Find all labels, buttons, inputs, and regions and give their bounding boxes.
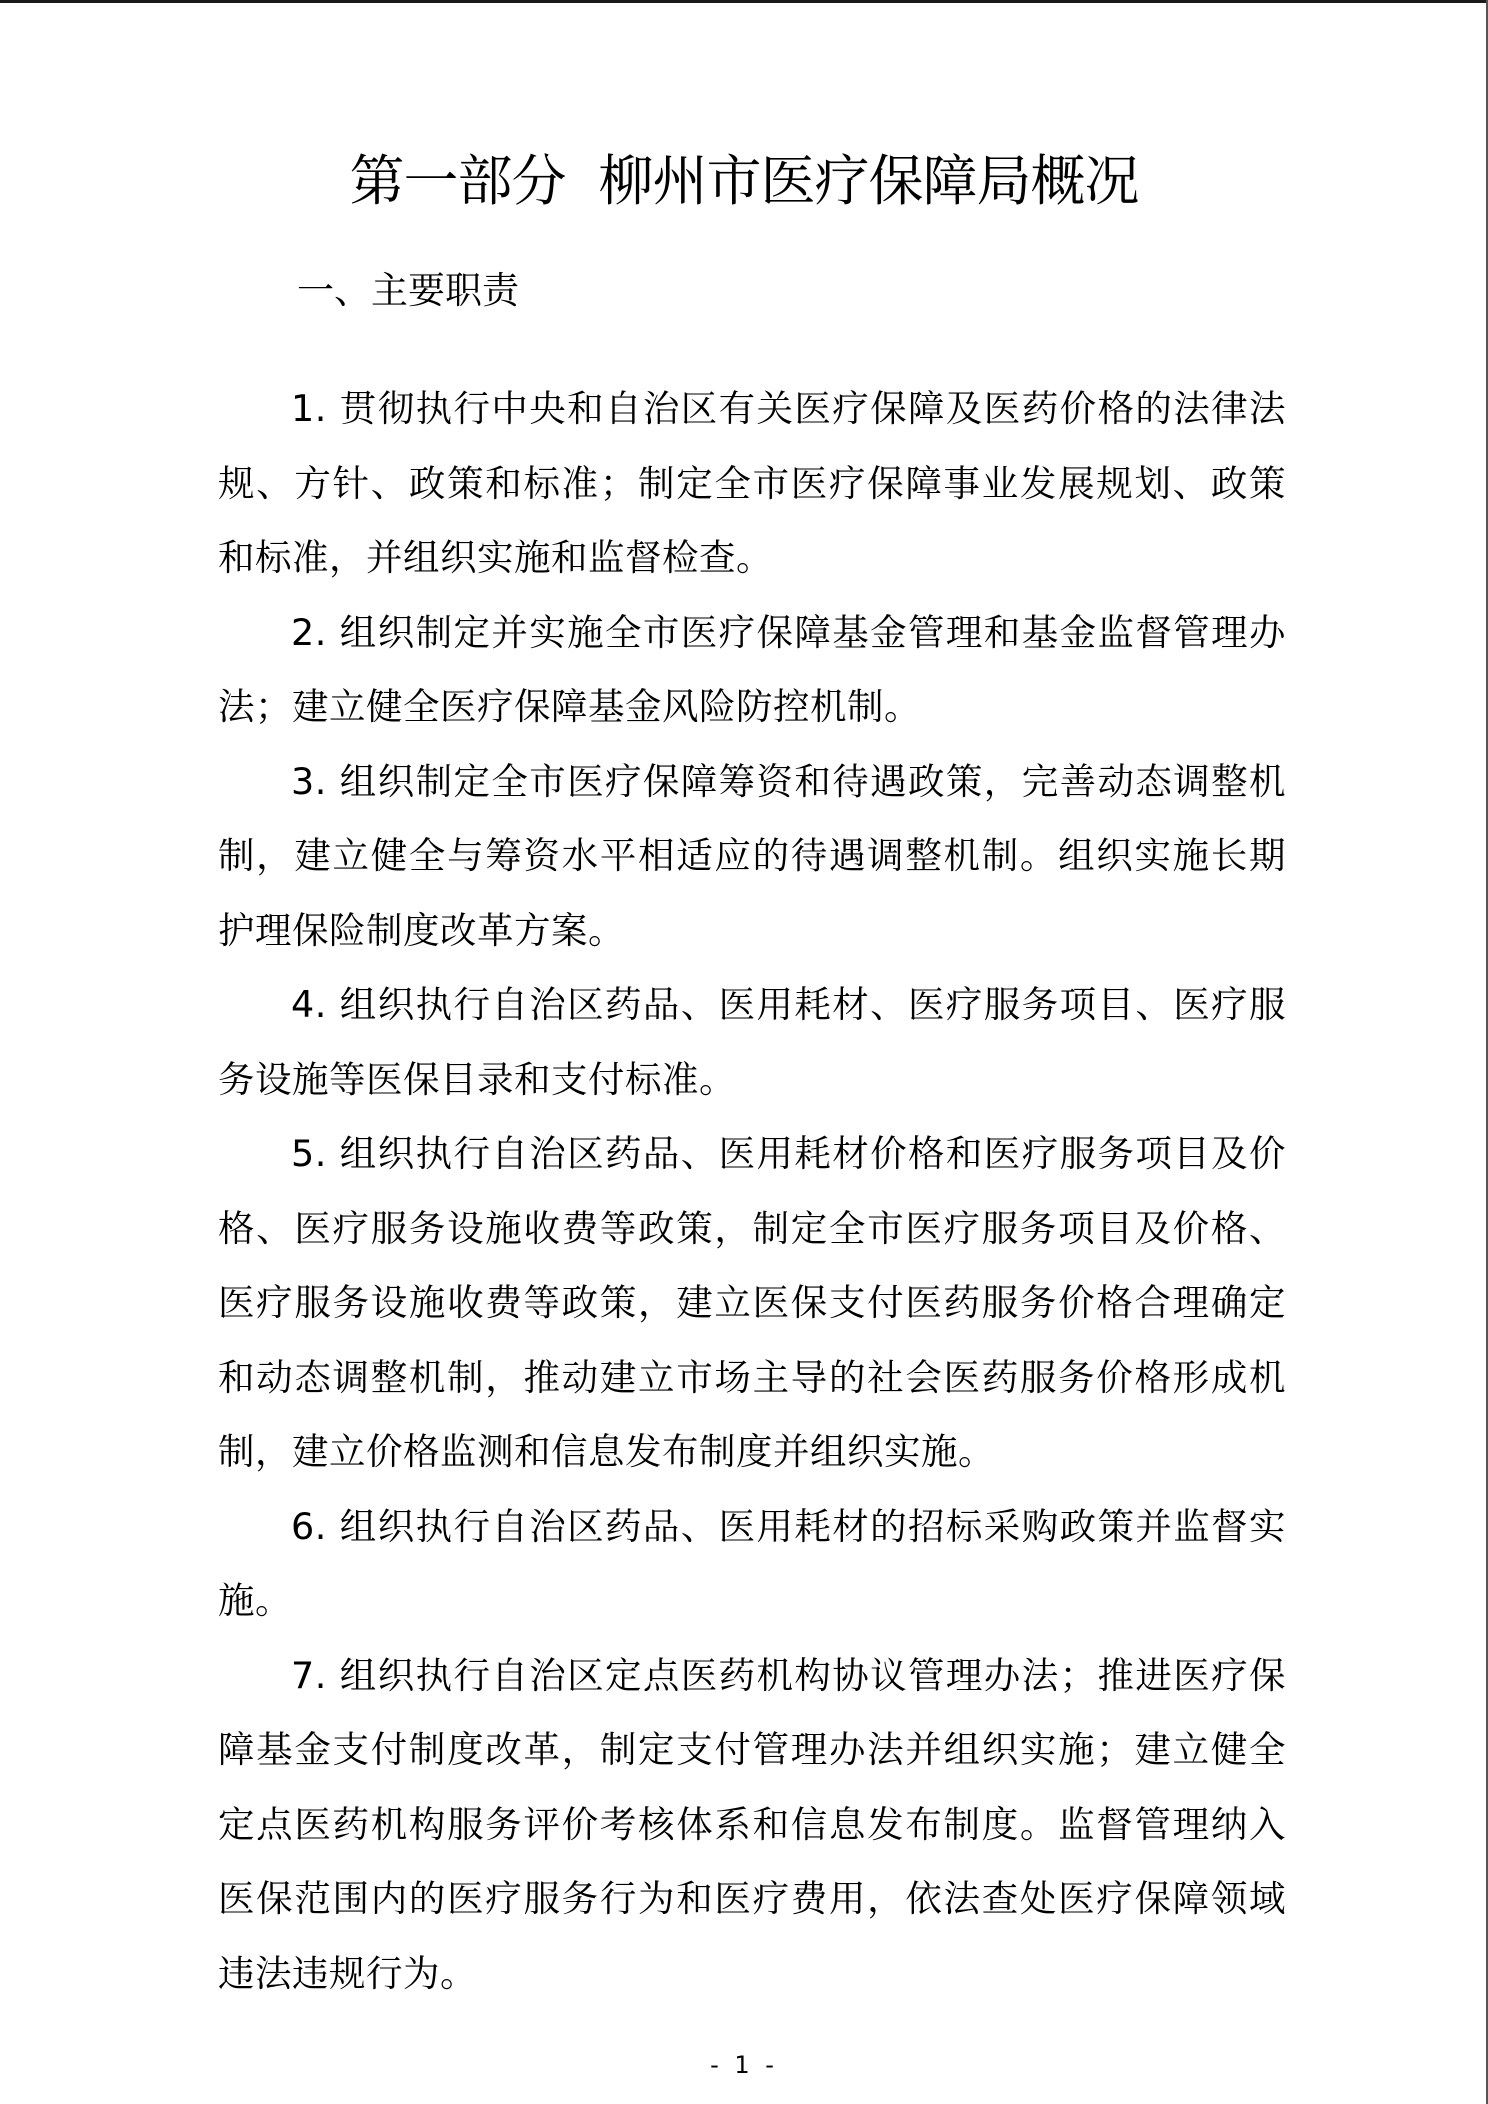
duty-paragraph-3: 3. 组织制定全市医疗保障筹资和待遇政策，完善动态调整机制，建立健全与筹资水平相…	[218, 745, 1286, 969]
duty-paragraph-6: 6. 组织执行自治区药品、医用耗材的招标采购政策并监督实施。	[218, 1490, 1286, 1639]
duty-paragraph-7: 7. 组织执行自治区定点医药机构协议管理办法；推进医疗保障基金支付制度改革，制定…	[218, 1639, 1286, 2012]
section-heading-main-duties: 一、主要职责	[297, 268, 519, 314]
duty-paragraph-2: 2. 组织制定并实施全市医疗保障基金管理和基金监督管理办法；建立健全医疗保障基金…	[218, 596, 1286, 745]
duty-paragraph-4: 4. 组织执行自治区药品、医用耗材、医疗服务项目、医疗服务设施等医保目录和支付标…	[218, 968, 1286, 1117]
duty-paragraph-5: 5. 组织执行自治区药品、医用耗材价格和医疗服务项目及价格、医疗服务设施收费等政…	[218, 1117, 1286, 1490]
page-border-top	[0, 0, 1488, 3]
duties-list: 1. 贯彻执行中央和自治区有关医疗保障及医药价格的法律法规、方针、政策和标准；制…	[218, 372, 1286, 2011]
duty-paragraph-1: 1. 贯彻执行中央和自治区有关医疗保障及医药价格的法律法规、方针、政策和标准；制…	[218, 372, 1286, 596]
page-number: - 1 -	[0, 2050, 1488, 2080]
document-title: 第一部分 柳州市医疗保障局概况	[0, 146, 1488, 216]
